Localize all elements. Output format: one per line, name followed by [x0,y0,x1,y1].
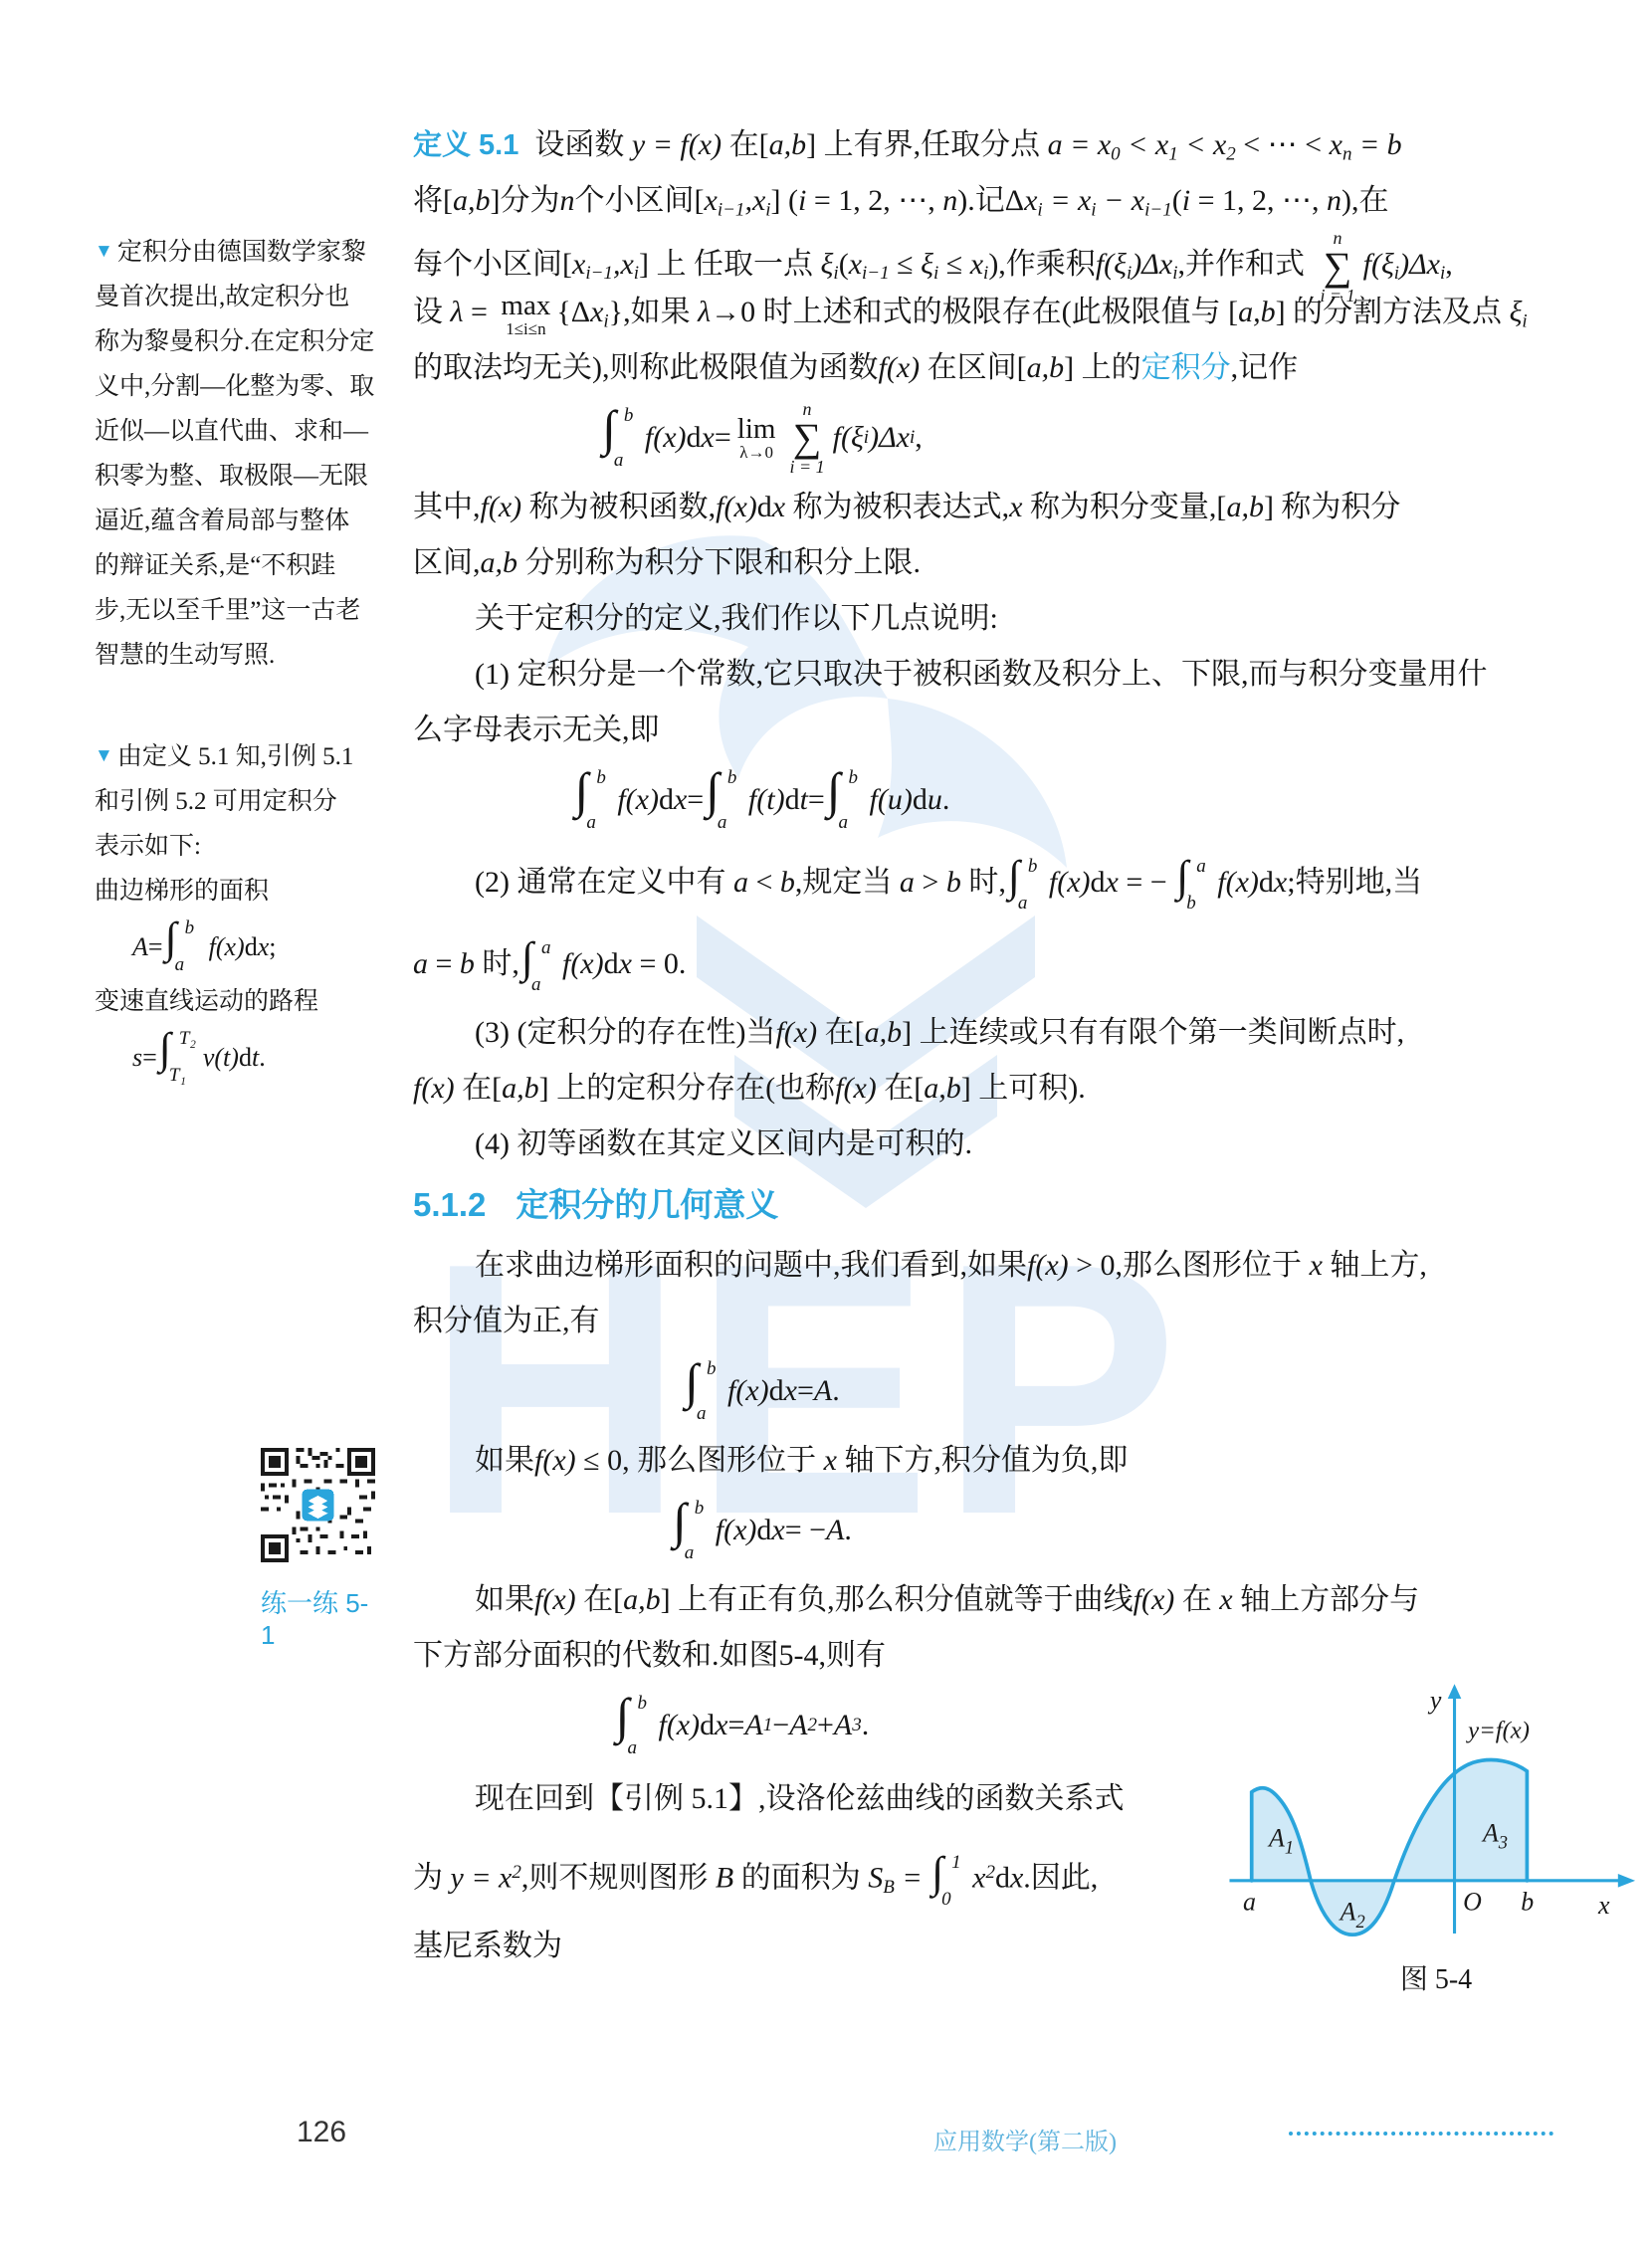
note-line: 义中,分割—化整为零、取 [95,364,395,409]
text-line: (2) 通常在定义中有 a < b,规定当 a > b 时,∫baf(x)dx … [413,842,1645,923]
text-line: 设 λ = max1≤i≤n{Δxi},如果 λ→0 时上述和式的极限存在(此极… [413,285,1645,340]
label-a: a [1243,1888,1256,1917]
note-line: 变速直线运动的路程 [95,979,395,1024]
integral-sign: ∫ba [575,768,616,832]
text-line: 每个小区间[xi−1,xi] 上 任取一点 ξi(xi−1 ≤ ξi ≤ xi)… [413,229,1645,285]
integral-sign: ∫ba [616,1694,657,1757]
y-axis-arrow-icon [1448,1684,1462,1699]
note-line: 步,无以至千里”这一古老 [95,588,395,633]
page-number: 126 [297,2116,346,2149]
note-line: 积零为整、取极限—无限 [95,454,395,499]
integral-sign: ∫ba [165,918,207,974]
label-x-axis: x [1597,1891,1610,1920]
figure-5-4-graphic: a O b x y y=f(x) A1 A2 A3 [1227,1684,1645,1948]
note-lines: 和引例 5.2 可用定积分表示如下:曲边梯形的面积 [95,779,395,914]
integral-sign: ∫ba [1008,857,1047,913]
section-number: 5.1.2 [413,1186,486,1223]
integral-sign: ∫10 [931,1853,970,1909]
figure-5-4: a O b x y y=f(x) A1 A2 A3 图 5-4 [1227,1684,1645,1997]
note-line: ▼由定义 5.1 知,引例 5.1 [95,733,395,779]
integral-sign: ∫ba [827,768,868,832]
text-line: 其中,f(x) 称为被积函数,f(x)dx 称为被积表达式,x 称为积分变量,[… [413,480,1645,535]
integral-sign: ∫ba [706,768,746,832]
text-line: 积分值为正,有 [413,1294,1645,1349]
limit-operator: max1≤i≤n [501,291,550,338]
text-line: 如果f(x) 在[a,b] 上有正有负,那么积分值就等于曲线f(x) 在 x 轴… [413,1572,1645,1628]
geometric-meaning-section: 在求曲边梯形面积的问题中,我们看到,如果f(x) > 0,那么图形位于 x 轴上… [413,1238,1645,1684]
integral-sign: ∫ba [602,406,643,470]
practice-label: 练一练 5-1 [261,1583,380,1651]
note-line: 逼近,蕴含着局部与整体 [95,499,395,543]
sum-sign: n∑i = 1 [789,400,824,476]
margin-note-examples: ▼由定义 5.1 知,引例 5.1 和引例 5.2 可用定积分表示如下:曲边梯形… [95,733,395,1090]
integral-sign: ∫ba [685,1359,725,1423]
text-line: 在求曲边梯形面积的问题中,我们看到,如果f(x) > 0,那么图形位于 x 轴上… [413,1238,1645,1294]
integral-sign: ∫aa [521,938,560,994]
note-line: ▼定积分由德国数学家黎 [95,229,395,275]
text-line: 关于定积分的定义,我们作以下几点说明: [413,591,1645,647]
note-line: 称为黎曼积分.在定积分定 [95,319,395,364]
section-title: 定积分的几何意义 [516,1186,778,1223]
text-line: 区间,a,b 分别称为积分下限和积分上限. [413,535,1645,591]
limit-operator: limλ→0 [737,414,776,462]
display-formula: ∫baf(x)dx = ∫baf(t)dt = ∫baf(u)du. [413,758,1110,842]
note-text: 定积分由德国数学家黎 [117,239,366,266]
tail-text: ∫baf(x)dx = A1 − A2 + A3.现在回到【引例 5.1】,设洛… [413,1684,1197,1978]
text-line: (4) 初等函数在其定义区间内是可积的. [413,1117,1645,1172]
text-line: (3) (定积分的存在性)当f(x) 在[a,b] 上连续或只有有限个第一类间断… [413,1005,1645,1061]
margin-note-riemann: ▼定积分由德国数学家黎 曼首次提出,故定积分也称为黎曼积分.在定积分定义中,分割… [95,229,395,678]
integral-sign: ∫ba [673,1499,714,1562]
label-origin: O [1463,1888,1482,1917]
note-line: 表示如下: [95,824,395,869]
qr-code [261,1448,375,1562]
text-line: (1) 定积分是一个常数,它只取决于被积函数及积分上、下限,而与积分变量用什 [413,647,1645,703]
note-lines: 曼首次提出,故定积分也称为黎曼积分.在定积分定义中,分割—化整为零、取近似—以直… [95,275,395,678]
text-figure-row: ∫baf(x)dx = A1 − A2 + A3.现在回到【引例 5.1】,设洛… [413,1684,1645,1997]
integral-sign: ∫T₂T₁ [159,1029,201,1085]
x-axis-arrow-icon [1618,1874,1635,1888]
triangle-marker-icon: ▼ [95,241,113,262]
text-line: 为 y = x2,则不规则图形 B 的面积为 SB = ∫10x2dx.因此, [413,1831,1197,1915]
text-line: a = b 时,∫aaf(x)dx = 0. [413,923,1645,1005]
text-line: f(x) 在[a,b] 上的定积分存在(也称f(x) 在[a,b] 上可积). [413,1061,1645,1117]
label-y-axis: y [1427,1686,1442,1715]
note-line: 曼首次提出,故定积分也 [95,275,395,319]
definition-section: 定义 5.1设函数 y = f(x) 在[a,b] 上有界,任取分点 a = x… [413,117,1645,1172]
note-line: 智慧的生动写照. [95,633,395,678]
note-line: 和引例 5.2 可用定积分 [95,779,395,824]
text-line: 将[a,b]分为n个小区间[xi−1,xi] (i = 1, 2, ⋯, n).… [413,173,1645,229]
text-line: 现在回到【引例 5.1】,设洛伦兹曲线的函数关系式 [413,1767,1197,1831]
label-b: b [1521,1888,1534,1917]
figure-caption: 图 5-4 [1227,1957,1645,1997]
text-line: 定义 5.1设函数 y = f(x) 在[a,b] 上有界,任取分点 a = x… [413,117,1645,173]
note-line: 曲边梯形的面积 [95,869,395,914]
text-line: 的取法均无关),则称此极限值为函数f(x) 在区间[a,b] 上的定积分,记作 [413,340,1645,396]
display-formula: ∫baf(x)dx = A. [413,1349,1110,1433]
note-text: 由定义 5.1 知,引例 5.1 [117,743,354,770]
label-curve: y=f(x) [1465,1718,1530,1744]
note-line: 近似—以直代曲、求和— [95,409,395,454]
triangle-marker-icon: ▼ [95,745,113,766]
display-formula: ∫baf(x)dx = limλ→0n∑i = 1f(ξi)Δxi , [413,396,1110,480]
area-formula: A = ∫baf(x)dx; [95,914,395,979]
book-title: 应用数学(第二版) [933,2122,1117,2156]
text-line: 基尼系数为 [413,1915,1197,1978]
distance-formula: s = ∫T₂T₁v(t)dt . [95,1024,395,1090]
margin-notes: ▼定积分由德国数学家黎 曼首次提出,故定积分也称为黎曼积分.在定积分定义中,分割… [95,229,395,1090]
text-line: 么字母表示无关,即 [413,703,1645,758]
display-formula: ∫baf(x)dx = A1 − A2 + A3. [413,1684,1070,1767]
practice-qr: 练一练 5-1 [261,1448,380,1651]
text-line: 下方部分面积的代数和.如图5-4,则有 [413,1628,1645,1684]
display-formula: ∫baf(x)dx = − A. [413,1489,1110,1572]
text-line: 如果f(x) ≤ 0, 那么图形位于 x 轴下方,积分值为负,即 [413,1433,1645,1489]
main-column: 定义 5.1设函数 y = f(x) 在[a,b] 上有界,任取分点 a = x… [413,117,1645,1997]
footer-dotted-rule [1289,2132,1553,2136]
integral-sign: ∫ab [1176,857,1215,913]
section-heading: 5.1.2定积分的几何意义 [413,1172,1645,1238]
note-line: 的辩证关系,是“不积跬 [95,543,395,588]
